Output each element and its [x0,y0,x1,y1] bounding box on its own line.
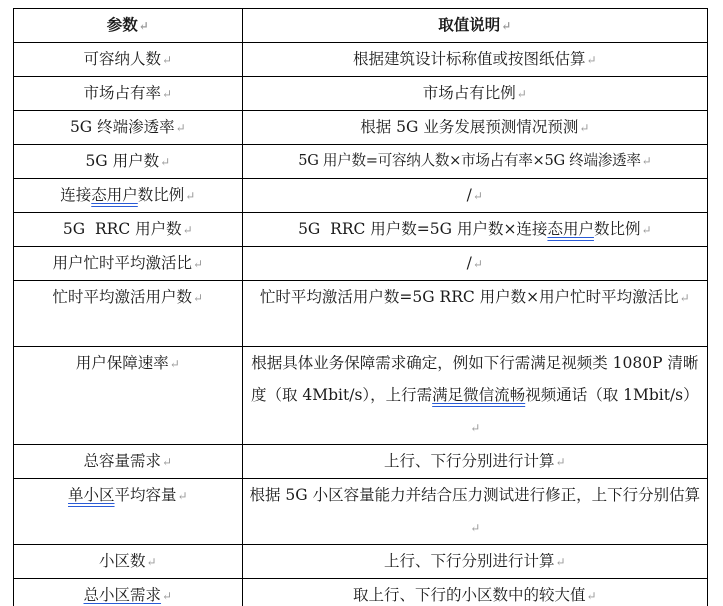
paragraph-mark-icon: ↵ [470,421,480,435]
paragraph-mark-icon: ↵ [556,555,566,569]
paragraph-mark-icon: ↵ [139,19,149,33]
paragraph-mark-icon: ↵ [162,589,172,603]
paragraph-mark-icon: ↵ [193,291,203,305]
paragraph-mark-icon: ↵ [587,589,597,603]
paragraph-mark-icon: ↵ [680,291,690,305]
desc-cell[interactable]: 取上行、下行的小区数中的较大值↵ [242,579,707,606]
param-cell[interactable]: 单小区平均容量↵ [14,479,243,545]
paragraph-mark-icon: ↵ [176,121,186,135]
desc-cell[interactable]: /↵ [242,247,707,281]
paragraph-mark-icon: ↵ [162,53,172,67]
paragraph-mark-icon: ↵ [473,189,483,203]
param-cell[interactable]: 连接态用户数比例↵ [14,179,243,213]
table-row: 市场占有率↵ 市场占有比例↵ [14,77,708,111]
paragraph-mark-icon: ↵ [473,257,483,271]
table-row: 总小区需求↵ 取上行、下行的小区数中的较大值↵ [14,579,708,606]
desc-cell[interactable]: 市场占有比例↵ [242,77,707,111]
header-desc: 取值说明↵ [242,9,707,43]
desc-cell[interactable]: 上行、下行分别进行计算↵ [242,445,707,479]
table-row: 可容纳人数↵ 根据建筑设计标称值或按图纸估算↵ [14,43,708,77]
param-cell[interactable]: 可容纳人数↵ [14,43,243,77]
param-cell[interactable]: 小区数↵ [14,545,243,579]
paragraph-mark-icon: ↵ [587,53,597,67]
param-cell[interactable]: 市场占有率↵ [14,77,243,111]
param-cell[interactable]: 总小区需求↵ [14,579,243,606]
spellcheck-underline: 单小区 [68,486,115,504]
paragraph-mark-icon: ↵ [185,189,195,203]
table-row: 5G 用户数↵ 5G 用户数=可容纳人数×市场占有率×5G 终端渗透率↵ [14,145,708,179]
param-cell[interactable]: 用户忙时平均激活比↵ [14,247,243,281]
paragraph-mark-icon: ↵ [193,257,203,271]
table-row: 连接态用户数比例↵ /↵ [14,179,708,213]
param-cell[interactable]: 总容量需求↵ [14,445,243,479]
desc-cell[interactable]: 上行、下行分别进行计算↵ [242,545,707,579]
paragraph-mark-icon: ↵ [162,455,172,469]
table-header-row: 参数↵ 取值说明↵ [14,9,708,43]
spellcheck-underline: 态用户 [91,186,138,204]
paragraph-mark-icon: ↵ [470,521,480,535]
spellcheck-underline: 总小区需求 [84,586,162,604]
desc-cell[interactable]: 5G RRC 用户数=5G 用户数×连接态用户数比例↵ [242,213,707,247]
desc-cell[interactable]: 根据 5G 小区容量能力并结合压力测试进行修正，上下行分别估算↵ [242,479,707,545]
desc-cell[interactable]: /↵ [242,179,707,213]
paragraph-mark-icon: ↵ [579,121,589,135]
spellcheck-underline: 态用户 [547,220,594,238]
paragraph-mark-icon: ↵ [160,155,170,169]
paragraph-mark-icon: ↵ [556,455,566,469]
table-row: 忙时平均激活用户数↵ 忙时平均激活用户数=5G RRC 用户数×用户忙时平均激活… [14,281,708,347]
desc-cell[interactable]: 根据具体业务保障需求确定，例如下行需满足视频类 1080P 清晰度（取 4Mbi… [242,347,707,445]
paragraph-mark-icon: ↵ [162,87,172,101]
paragraph-mark-icon: ↵ [147,555,157,569]
spellcheck-underline: 满足微信流畅 [432,386,525,404]
desc-cell[interactable]: 根据 5G 业务发展预测情况预测↵ [242,111,707,145]
paragraph-mark-icon: ↵ [178,489,188,503]
header-param: 参数↵ [14,9,243,43]
paragraph-mark-icon: ↵ [517,87,527,101]
param-cell[interactable]: 5G 用户数↵ [14,145,243,179]
paragraph-mark-icon: ↵ [641,223,651,237]
table-row: 用户保障速率↵ 根据具体业务保障需求确定，例如下行需满足视频类 1080P 清晰… [14,347,708,445]
desc-cell[interactable]: 根据建筑设计标称值或按图纸估算↵ [242,43,707,77]
param-cell[interactable]: 5G 终端渗透率↵ [14,111,243,145]
table-row: 小区数↵ 上行、下行分别进行计算↵ [14,545,708,579]
param-cell[interactable]: 5G RRC 用户数↵ [14,213,243,247]
param-cell[interactable]: 忙时平均激活用户数↵ [14,281,243,347]
table-row: 5G RRC 用户数↵ 5G RRC 用户数=5G 用户数×连接态用户数比例↵ [14,213,708,247]
paragraph-mark-icon: ↵ [170,357,180,371]
table-row: 单小区平均容量↵ 根据 5G 小区容量能力并结合压力测试进行修正，上下行分别估算… [14,479,708,545]
table-row: 用户忙时平均激活比↵ /↵ [14,247,708,281]
paragraph-mark-icon: ↵ [183,223,193,237]
desc-cell[interactable]: 5G 用户数=可容纳人数×市场占有率×5G 终端渗透率↵ [242,145,707,179]
parameter-table: 参数↵ 取值说明↵ 可容纳人数↵ 根据建筑设计标称值或按图纸估算↵ 市场占有率↵… [13,8,708,606]
paragraph-mark-icon: ↵ [642,154,652,168]
table-row: 5G 终端渗透率↵ 根据 5G 业务发展预测情况预测↵ [14,111,708,145]
param-cell[interactable]: 用户保障速率↵ [14,347,243,445]
table-row: 总容量需求↵ 上行、下行分别进行计算↵ [14,445,708,479]
desc-cell[interactable]: 忙时平均激活用户数=5G RRC 用户数×用户忙时平均激活比↵ [242,281,707,347]
paragraph-mark-icon: ↵ [501,19,511,33]
